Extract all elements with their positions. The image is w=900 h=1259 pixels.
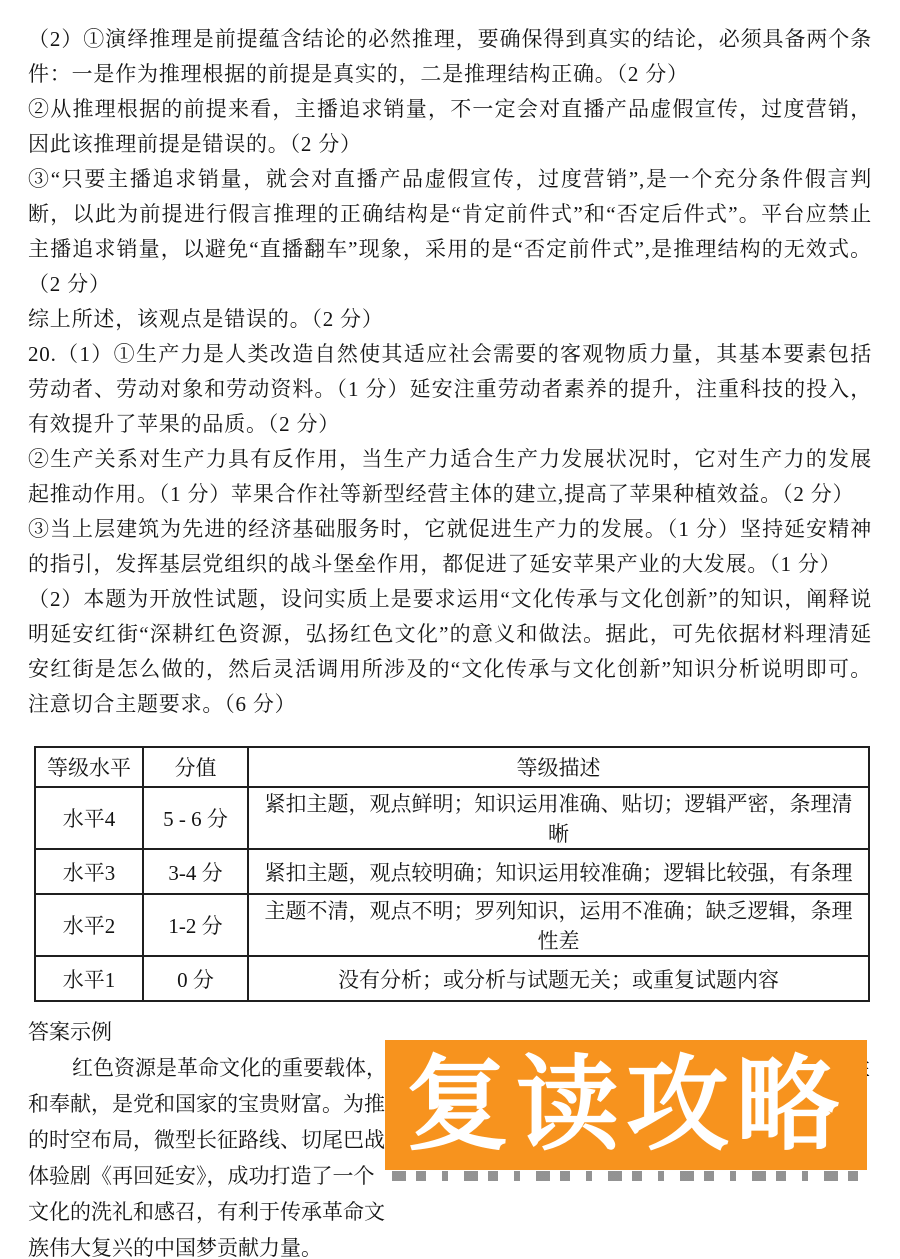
table-row: 水平1 0 分 没有分析；或分析与试题无关；或重复试题内容: [35, 956, 869, 1001]
rubric-table: 等级水平 分值 等级描述 水平4 5 - 6 分 紧扣主题，观点鲜明；知识运用准…: [34, 746, 870, 1002]
table-row: 水平3 3-4 分 紧扣主题，观点较明确；知识运用较准确；逻辑比较强，有条理: [35, 849, 869, 894]
answer-paragraph: （2）①演绎推理是前提蕴含结论的必然推理，要确保得到真实的结论，必须具备两个条件…: [28, 22, 872, 92]
answer-paragraph: 20.（1）①生产力是人类改造自然使其适应社会需要的客观物质力量，其基本要素包括…: [28, 337, 872, 442]
rubric-header-desc: 等级描述: [248, 747, 869, 787]
rubric-desc: 紧扣主题，观点鲜明；知识运用准确、贴切；逻辑严密，条理清晰: [248, 787, 869, 849]
answer-paragraph: ③“只要主播追求销量，就会对直播产品虚假宣传，过度营销”,是一个充分条件假言判断…: [28, 162, 872, 302]
answer-example-line: 族伟大复兴的中国梦贡献力量。: [28, 1230, 872, 1259]
rubric-header-row: 等级水平 分值 等级描述: [35, 747, 869, 787]
rubric-desc: 紧扣主题，观点较明确；知识运用较准确；逻辑比较强，有条理: [248, 849, 869, 894]
rubric-desc: 没有分析；或分析与试题无关；或重复试题内容: [248, 956, 869, 1001]
rubric-level: 水平1: [35, 956, 143, 1001]
rubric-level: 水平2: [35, 894, 143, 956]
watermark-banner: 复读攻略: [385, 1040, 867, 1170]
table-row: 水平4 5 - 6 分 紧扣主题，观点鲜明；知识运用准确、贴切；逻辑严密，条理清…: [35, 787, 869, 849]
answer-paragraph: 综上所述，该观点是错误的。（2 分）: [28, 302, 872, 337]
answer-example-line: 文化的洗礼和感召，有利于传承革命文: [28, 1194, 872, 1230]
watermark-banner-text: 复读攻略: [406, 1054, 846, 1157]
rubric-level: 水平3: [35, 849, 143, 894]
answer-paragraph: （2）本题为开放性试题，设问实质上是要求运用“文化传承与文化创新”的知识，阐释说…: [28, 582, 872, 722]
rubric-score: 5 - 6 分: [143, 787, 248, 849]
answer-paragraph: ②从推理根据的前提来看，主播追求销量，不一定会对直播产品虚假宣传，过度营销，因此…: [28, 92, 872, 162]
rubric-header-level: 等级水平: [35, 747, 143, 787]
rubric-score: 0 分: [143, 956, 248, 1001]
rubric-header-score: 分值: [143, 747, 248, 787]
document-page: （2）①演绎推理是前提蕴含结论的必然推理，要确保得到真实的结论，必须具备两个条件…: [0, 0, 900, 1259]
rubric-score: 3-4 分: [143, 849, 248, 894]
rubric-score: 1-2 分: [143, 894, 248, 956]
rubric-desc: 主题不清，观点不明；罗列知识，运用不准确；缺乏逻辑，条理性差: [248, 894, 869, 956]
rubric-level: 水平4: [35, 787, 143, 849]
table-row: 水平2 1-2 分 主题不清，观点不明；罗列知识，运用不准确；缺乏逻辑，条理性差: [35, 894, 869, 956]
answer-paragraph: ③当上层建筑为先进的经济基础服务时，它就促进生产力的发展。（1 分）坚持延安精神…: [28, 512, 872, 582]
answer-paragraph: ②生产关系对生产力具有反作用，当生产力适合生产力发展状况时，它对生产力的发展起推…: [28, 442, 872, 512]
obscured-text-remnants: [392, 1171, 860, 1181]
